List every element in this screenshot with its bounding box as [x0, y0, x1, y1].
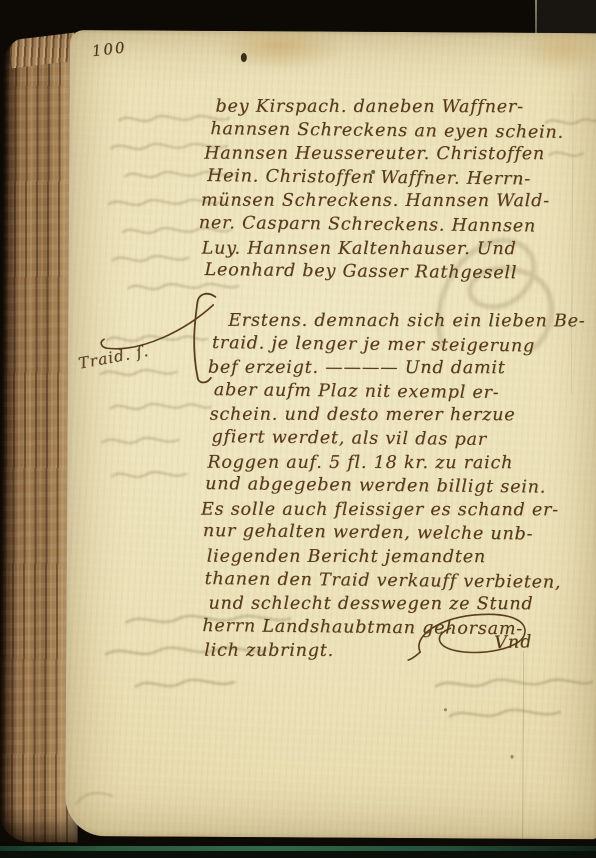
paper-stain: [518, 30, 596, 73]
manuscript-line: traid. je lenger je mer steigerung: [212, 332, 585, 360]
folio-number: 100: [91, 38, 127, 60]
ink-speck: [511, 755, 514, 759]
manuscript-page: 100 Traid. ſ. bey Kirspach. daneben Waff…: [65, 30, 596, 839]
paper-scratch: [70, 782, 120, 812]
manuscript-line: münsen Schreckens. Hannsen Wald-: [201, 190, 564, 214]
paper-stain: [215, 30, 345, 72]
manuscript-line: Hein. Christoffen Waffner. Herrn-: [207, 165, 564, 192]
manuscript-line: Roggen auf. 5 fl. 18 kr. zu raich: [207, 451, 584, 475]
manuscript-line: nur gehalten werden, welche unb-: [203, 520, 584, 548]
manuscript-line: Es solle auch fleissiger es schand er-: [201, 498, 584, 522]
catchword: Vnd: [494, 632, 533, 653]
bleedthrough-writing: [426, 672, 596, 743]
manuscript-photo: 100 Traid. ſ. bey Kirspach. daneben Waff…: [0, 0, 596, 858]
ink-speck: [241, 53, 247, 62]
end-flourish: [404, 608, 574, 671]
backdrop-panel: [537, 0, 596, 34]
manuscript-line: Hannsen Heussereuter. Christoffen: [204, 143, 564, 167]
manuscript-line: ner. Casparn Schreckens. Hannsen: [199, 212, 564, 239]
manuscript-line: gfiert werdet, als vil das par: [211, 426, 584, 454]
manuscript-line: hannsen Schreckens an eyen schein.: [210, 118, 564, 145]
manuscript-line: liegenden Bericht jemandten: [207, 546, 584, 570]
manuscript-line: aber aufm Plaz nit exempl er-: [214, 379, 585, 406]
manuscript-line: schein. und desto merer herzue: [210, 404, 585, 428]
manuscript-line: bef erzeigt. ———— Und damit: [208, 357, 585, 381]
manuscript-line: bey Kirspach. daneben Waffner-: [216, 96, 565, 120]
text-block-1: bey Kirspach. daneben Waffner- hannsen S…: [198, 95, 564, 286]
scanner-strip-shadow: [0, 851, 596, 858]
manuscript-line: und abgegeben werden billigt sein.: [205, 473, 584, 501]
manuscript-line: Luy. Hannsen Kaltenhauser. Und: [202, 237, 564, 261]
manuscript-line: Erstens. demnach sich ein lieben Be-: [228, 310, 585, 334]
manuscript-line: Leonhard bey Gasser Rathgesell: [204, 259, 563, 286]
manuscript-line: thanen den Traid verkauff verbieten,: [205, 568, 584, 596]
